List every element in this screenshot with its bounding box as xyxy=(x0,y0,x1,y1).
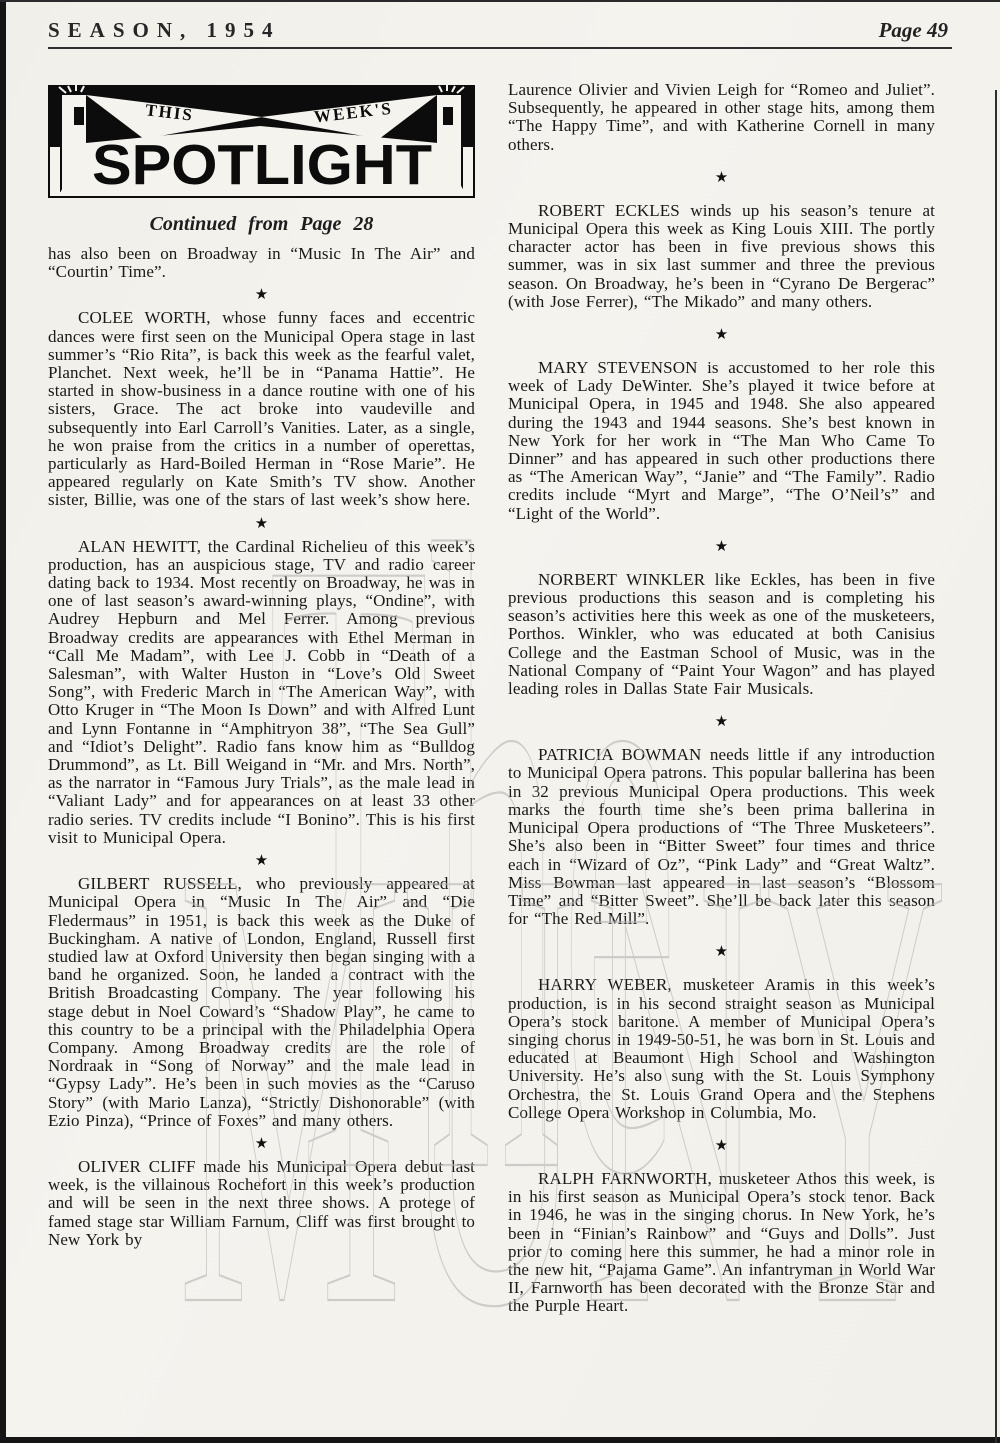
star-separator: ★ xyxy=(48,854,475,868)
star-separator: ★ xyxy=(508,945,935,959)
left-column: THIS WEEK'S SPOTLIGHT Continued from Pag… xyxy=(48,60,475,1316)
scan-edge-bottom xyxy=(0,1437,1000,1443)
paragraph-ralph-farnworth: RALPH FARNWORTH, musketeer Athos this we… xyxy=(508,1170,935,1316)
paragraph-gilbert-russell: GILBERT RUSSELL, who previously appeared… xyxy=(48,875,475,1130)
right-column: Laurence Olivier and Vivien Leigh for “R… xyxy=(508,60,935,1316)
page-header: SEASON, 1954 Page 49 xyxy=(48,18,948,43)
star-separator: ★ xyxy=(48,1137,475,1151)
page-number: Page 49 xyxy=(879,18,948,43)
left-tower-window xyxy=(74,107,84,125)
star-separator: ★ xyxy=(508,540,935,554)
star-separator: ★ xyxy=(48,517,475,531)
paragraph-colee-worth: COLEE WORTH, whose funny faces and eccen… xyxy=(48,309,475,509)
paragraph-oliver-cliff: OLIVER CLIFF made his Municipal Opera de… xyxy=(48,1158,475,1249)
paragraph-norbert-winkler: NORBERT WINKLER like Eckles, has been in… xyxy=(508,571,935,698)
header-rule xyxy=(48,47,952,49)
spotlight-logo-art: THIS WEEK'S SPOTLIGHT xyxy=(48,85,475,198)
star-separator: ★ xyxy=(48,288,475,302)
spotlight-logo: THIS WEEK'S SPOTLIGHT xyxy=(48,85,475,198)
star-separator: ★ xyxy=(508,1139,935,1153)
paragraph-robert-eckles: ROBERT ECKLES winds up his season’s tenu… xyxy=(508,202,935,311)
paragraph-continuation-left: has also been on Broadway in “Music In T… xyxy=(48,245,475,281)
logo-right-post xyxy=(463,147,473,193)
right-tower-window xyxy=(443,107,453,125)
columns: THIS WEEK'S SPOTLIGHT Continued from Pag… xyxy=(48,60,935,1316)
magazine-page: SEASON, 1954 Page 49 xyxy=(0,0,1000,1443)
star-separator: ★ xyxy=(508,715,935,729)
star-separator: ★ xyxy=(508,328,935,342)
paragraph-patricia-bowman: PATRICIA BOWMAN needs little if any intr… xyxy=(508,746,935,928)
logo-spotlight-text: SPOTLIGHT xyxy=(92,133,432,197)
paragraph-harry-weber: HARRY WEBER, musketeer Aramis in this we… xyxy=(508,976,935,1122)
continued-note: Continued from Page 28 xyxy=(48,213,475,236)
journal-title: SEASON, 1954 xyxy=(48,18,281,43)
paragraph-mary-stevenson: MARY STEVENSON is accustomed to her role… xyxy=(508,359,935,523)
scan-edge-left xyxy=(0,0,6,1443)
scan-edge-right xyxy=(995,90,997,1443)
star-separator: ★ xyxy=(508,171,935,185)
paragraph-alan-hewitt: ALAN HEWITT, the Cardinal Richelieu of t… xyxy=(48,538,475,847)
logo-left-post xyxy=(50,147,60,193)
scan-edge-top xyxy=(0,0,1000,2)
paragraph-continuation-right: Laurence Olivier and Vivien Leigh for “R… xyxy=(508,81,935,154)
